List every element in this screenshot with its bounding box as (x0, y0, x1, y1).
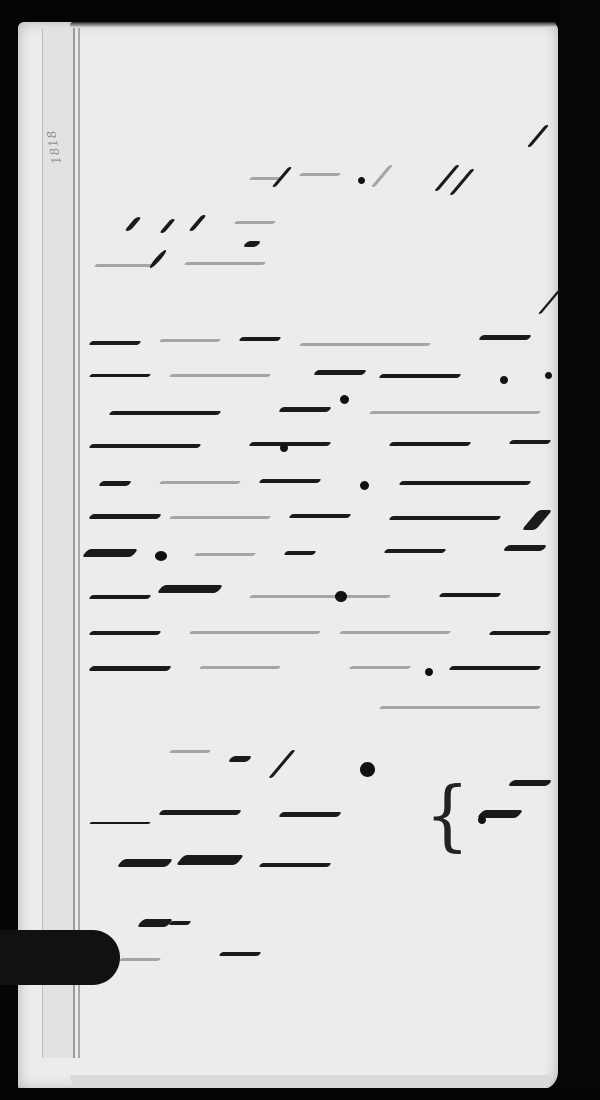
page-top-edge (70, 22, 556, 28)
body-line-10 (90, 660, 560, 684)
header-line-1 (250, 165, 500, 195)
body-line-4 (90, 438, 560, 462)
body-line-2 (90, 368, 560, 392)
closing-line-4 (110, 915, 230, 945)
closing-line-2 (110, 800, 350, 840)
closing-line-1 (150, 750, 380, 780)
closing-line-5 (120, 950, 280, 980)
fold-line (78, 28, 80, 1058)
header-line-3 (95, 250, 295, 276)
scan-edge-bottom (0, 1088, 600, 1100)
header-line-2 (125, 215, 365, 245)
binding-strip (42, 28, 75, 1058)
closing-line-3 (110, 855, 350, 895)
page-bottom-edge (70, 1075, 550, 1089)
thumb-shadow (0, 930, 120, 985)
signature-block (470, 780, 560, 840)
body-line-11 (380, 700, 560, 720)
body-line-6 (90, 510, 560, 534)
body-line-7 (85, 545, 560, 569)
body-line-8 (90, 585, 560, 611)
body-line-3 (90, 405, 560, 429)
body-line-5 (100, 475, 560, 499)
brace-mark: { (425, 777, 470, 854)
scan-edge-right (560, 0, 600, 1100)
body-line-9 (90, 625, 560, 649)
body-line-1 (90, 335, 550, 357)
